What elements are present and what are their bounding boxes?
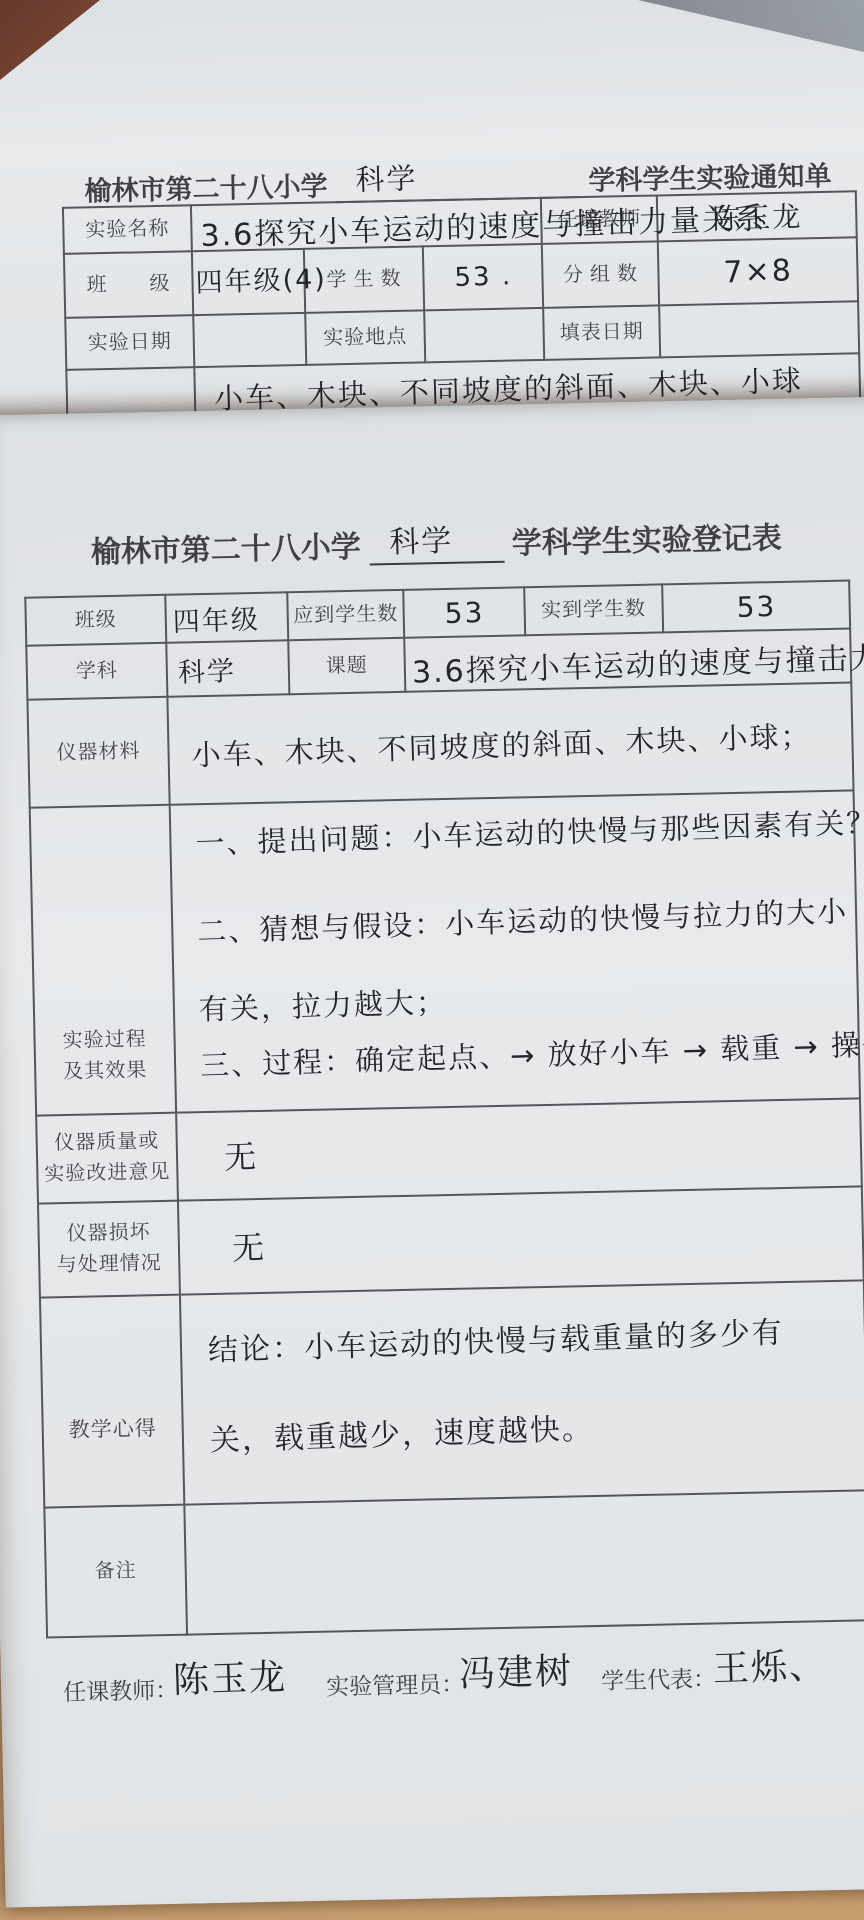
- register-title-school: 榆林市第二十八小学: [90, 522, 361, 572]
- cell-subject-value: 科学: [166, 640, 289, 697]
- register-title-subject-handwriting: 科学: [388, 515, 453, 561]
- cell-location-label: 实验地点: [305, 310, 425, 364]
- footer-teacher-signature: 陈玉龙: [172, 1649, 288, 1704]
- register-row-materials: 仪器材料 小车、木块、不同坡度的斜面、木块、小球；: [27, 682, 853, 807]
- process-line-3-handwriting: 有关，拉力越大；: [198, 968, 857, 1031]
- cell-notes-value: [184, 1490, 864, 1634]
- reflection-line-2-handwriting: 关，载重越少，速度越快。: [209, 1398, 864, 1465]
- process-line-1-handwriting: 一、提出问题：小车运动的快慢与那些因素有关？: [195, 802, 854, 865]
- register-form-table: 班级 四年级 应到学生数 53 实到学生数 53 学科 科学 课题 3.6探究小…: [24, 579, 864, 1638]
- cell-groups-label: 分 组 数: [542, 241, 659, 307]
- register-row-process: 实验过程 及其效果 一、提出问题：小车运动的快慢与那些因素有关？ 二、猜想与假设…: [30, 790, 860, 1115]
- cell-quality-value: 无: [176, 1098, 862, 1200]
- photo-of-desk: 榆林市第二十八小学 科学 学科学生实验通知单 实验名称 3.6探究小车运动的速度…: [0, 0, 864, 1920]
- cell-materials-value: 小车、木块、不同坡度的斜面、木块、小球；: [167, 682, 853, 804]
- cell-topic-value: 3.6探究小车运动的速度与撞击力量的大: [404, 628, 851, 691]
- expected-count-handwriting: 53: [444, 595, 485, 629]
- cell-quality-label: 仪器质量或 实验改进意见: [36, 1113, 178, 1204]
- footer-student-label: 学生代表：: [601, 1661, 717, 1696]
- cell-expected-label: 应到学生数: [287, 590, 404, 640]
- footer-manager-signature: 冯建树: [458, 1643, 574, 1698]
- topic-handwriting: 3.6探究小车运动的速度与撞击力量的大: [411, 630, 864, 692]
- register-form-footer: 任课教师： 陈玉龙 实验管理员： 冯建树 学生代表： 王烁、: [0, 1634, 864, 1733]
- teacher-name-handwriting: 陈玉龙: [711, 195, 802, 238]
- cell-process-label: 实验过程 及其效果: [30, 805, 176, 1116]
- register-title-underline: 科学: [368, 515, 504, 566]
- notice-form-paper: 榆林市第二十八小学 科学 学科学生实验通知单 实验名称 3.6探究小车运动的速度…: [0, 0, 864, 438]
- cell-expected-value: 53: [403, 587, 525, 638]
- cell-class-label: 班级: [25, 595, 166, 646]
- footer-teacher-label: 任课教师：: [63, 1672, 179, 1707]
- damage-none-handwriting: 无: [179, 1222, 266, 1271]
- cell-groups-value: 7×8: [658, 237, 858, 305]
- cell-reflection-value: 结论：小车运动的快慢与载重量的多少有 关，载重越少，速度越快。: [180, 1280, 864, 1504]
- cell-experiment-name-value: 3.6探究小车运动的速度与撞击力量关系: [191, 198, 542, 251]
- process-line-4-handwriting: 三、过程：确定起点、→ 放好小车 → 载重 → 操作: [199, 1024, 858, 1087]
- cell-location-value: [424, 308, 544, 362]
- cell-experiment-name-label: 实验名称: [63, 205, 192, 254]
- notice-title-subject-handwriting: 科学: [355, 156, 418, 199]
- cell-class-value: 四年级: [165, 592, 288, 643]
- cell-topic-label: 课题: [288, 638, 405, 694]
- cell-actual-value: 53: [662, 580, 850, 632]
- cell-damage-value: 无: [178, 1186, 864, 1294]
- class-handwriting: 四年级: [172, 597, 260, 639]
- cell-exp-date-value: [193, 313, 306, 367]
- quality-none-handwriting: 无: [177, 1132, 258, 1180]
- notice-title-underline: 科学: [335, 153, 581, 203]
- register-title-suffix: 学科学生实验登记表: [511, 513, 782, 563]
- register-row-damage: 仪器损坏 与处理情况 无: [38, 1186, 864, 1297]
- process-line-2-handwriting: 二、猜想与假设：小车运动的快慢与拉力的大小: [197, 890, 856, 953]
- footer-manager-label: 实验管理员：: [326, 1666, 465, 1702]
- cell-process-value: 一、提出问题：小车运动的快慢与那些因素有关？ 二、猜想与假设：小车运动的快慢与拉…: [170, 790, 860, 1112]
- cell-class-label: 班 级: [64, 251, 193, 318]
- cell-damage-label: 仪器损坏 与处理情况: [38, 1201, 180, 1298]
- class-handwriting: 四年级(4): [195, 257, 327, 300]
- register-row-quality: 仪器质量或 实验改进意见 无: [36, 1098, 862, 1203]
- cell-materials-label: 仪器材料: [27, 697, 169, 808]
- students-count-handwriting: 53 .: [454, 261, 513, 293]
- cell-notes-label: 备注: [44, 1505, 187, 1638]
- subject-handwriting: 科学: [167, 649, 236, 690]
- materials-handwriting: 小车、木块、不同坡度的斜面、木块、小球；: [169, 713, 812, 774]
- register-row-notes: 备注: [44, 1490, 864, 1637]
- cell-fill-date-label: 填表日期: [543, 305, 660, 359]
- cell-exp-date-label: 实验日期: [65, 315, 194, 370]
- register-row-reflection: 教学心得 结论：小车运动的快慢与载重量的多少有 关，载重越少，速度越快。: [40, 1280, 864, 1507]
- cell-subject-label: 学科: [26, 643, 167, 700]
- footer-student-signature: 王烁、: [712, 1638, 828, 1693]
- cell-fill-date-value: [659, 301, 859, 357]
- register-form-paper: 榆林市第二十八小学 科学 学科学生实验登记表 班级 四年级 应到学生数 53 实…: [0, 397, 864, 1908]
- cell-reflection-label: 教学心得: [40, 1295, 184, 1508]
- actual-count-handwriting: 53: [736, 589, 777, 623]
- register-form-title: 榆林市第二十八小学 科学 学科学生实验登记表: [0, 507, 864, 574]
- cell-actual-label: 实到学生数: [524, 584, 663, 635]
- cell-class-value: 四年级(4): [192, 249, 305, 315]
- groups-count-handwriting: 7×8: [723, 253, 793, 290]
- reflection-line-1-handwriting: 结论：小车运动的快慢与载重量的多少有: [207, 1308, 864, 1375]
- cell-students-value: 53 .: [423, 244, 543, 310]
